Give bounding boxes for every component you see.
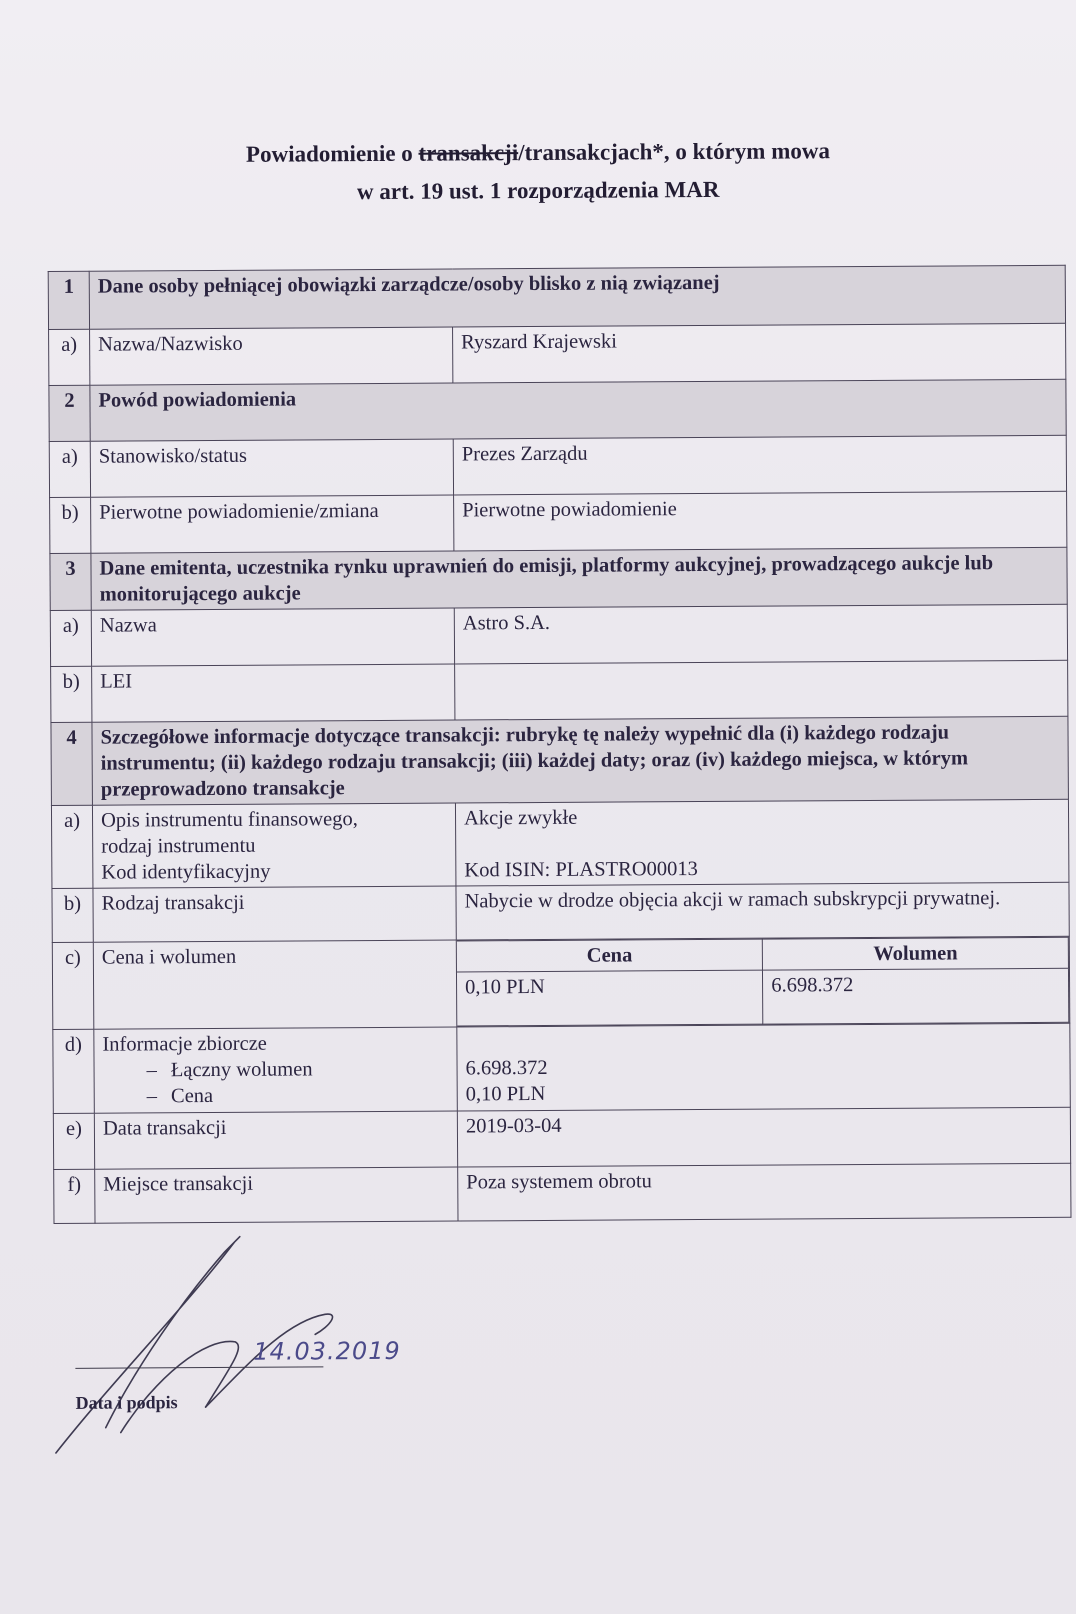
row-value-transaction-venue: Poza systemem obrotu <box>458 1163 1071 1221</box>
aggregate-price-value: 0,10 PLN <box>466 1078 1062 1108</box>
aggregate-item-label: Łączny wolumen <box>171 1056 313 1083</box>
isin-code: Kod ISIN: PLASTRO00013 <box>464 854 1060 884</box>
row-label: Nazwa/Nazwisko <box>90 327 453 385</box>
form-row-price-volume: c) Cena i wolumen Cena Wolumen 0,10 PLN … <box>52 936 1070 1029</box>
price-volume-table: Cena Wolumen 0,10 PLN 6.698.372 <box>457 937 1070 1027</box>
price-volume-header: Cena Wolumen <box>457 937 1069 972</box>
form-row: a) Nazwa/Nazwisko Ryszard Krajewski <box>49 323 1066 385</box>
title-line-1: Powiadomienie o transakcji/transakcjach*… <box>168 132 908 175</box>
row-value-notification-type: Pierwotne powiadomienie <box>454 491 1067 551</box>
row-key: d) <box>53 1029 95 1113</box>
section-1-header: 1 Dane osoby pełniącej obowiązki zarządc… <box>48 265 1065 329</box>
row-value-transaction-date: 2019-03-04 <box>457 1107 1070 1167</box>
form-row: b) Rodzaj transakcji Nabycie w drodze ob… <box>52 882 1069 942</box>
volume-value: 6.698.372 <box>763 968 1069 1024</box>
title-struck-word: transakcji <box>418 140 518 166</box>
row-key: b) <box>52 888 93 942</box>
row-label: Nazwa <box>91 608 454 666</box>
section-3-header: 3 Dane emitenta, uczestnika rynku uprawn… <box>50 547 1067 610</box>
row-key: a) <box>50 610 91 666</box>
row-label: Stanowisko/status <box>90 439 453 497</box>
section-4-header: 4 Szczegółowe informacje dotyczące trans… <box>51 716 1068 805</box>
row-value-instrument: Akcje zwykłe Kod ISIN: PLASTRO00013 <box>455 799 1068 886</box>
form-row-instrument: a) Opis instrumentu finansowego, rodzaj … <box>51 799 1068 888</box>
row-key: a) <box>49 329 90 385</box>
row-value-position: Prezes Zarządu <box>453 435 1066 495</box>
form-row: a) Nazwa Astro S.A. <box>50 604 1067 666</box>
notification-form-table: 1 Dane osoby pełniącej obowiązki zarządc… <box>48 265 1072 1224</box>
title-suffix: /transakcjach*, o którym mowa <box>518 138 830 165</box>
row-value-name: Ryszard Krajewski <box>453 323 1066 383</box>
row-value-issuer-name: Astro S.A. <box>454 604 1067 664</box>
form-row: e) Data transakcji 2019-03-04 <box>53 1107 1070 1169</box>
row-key: f) <box>54 1169 95 1223</box>
row-key: b) <box>50 497 91 553</box>
title-line-2: w art. 19 ust. 1 rozporządzenia MAR <box>168 170 908 213</box>
section-number: 1 <box>48 271 89 329</box>
form-row: b) Pierwotne powiadomienie/zmiana Pierwo… <box>50 491 1067 553</box>
form-row: a) Stanowisko/status Prezes Zarządu <box>49 435 1066 497</box>
price-volume-cell: Cena Wolumen 0,10 PLN 6.698.372 <box>456 936 1070 1027</box>
row-key: a) <box>51 805 93 888</box>
row-label: Cena i wolumen <box>93 940 457 1029</box>
row-label: Miejsce transakcji <box>95 1167 458 1223</box>
row-label: Pierwotne powiadomienie/zmiana <box>91 495 454 553</box>
section-title: Dane emitenta, uczestnika rynku uprawnie… <box>91 547 1067 610</box>
section-number: 2 <box>49 385 90 441</box>
row-value-lei <box>455 660 1068 720</box>
row-key: c) <box>52 942 94 1029</box>
instrument-type: Akcje zwykłe <box>464 802 1060 832</box>
header-volume: Wolumen <box>763 937 1069 970</box>
form-row: b) LEI <box>51 660 1068 722</box>
title-prefix: Powiadomienie o <box>246 141 419 167</box>
dash-bullet: – <box>147 1083 157 1109</box>
aggregate-item: – Łączny wolumen <box>102 1056 448 1084</box>
price-volume-row: 0,10 PLN 6.698.372 <box>457 968 1069 1026</box>
section-title: Dane osoby pełniącej obowiązki zarządcze… <box>89 265 1065 329</box>
aggregate-item: – Cena <box>103 1082 449 1110</box>
section-number: 3 <box>50 553 91 610</box>
row-value-aggregate: 6.698.372 0,10 PLN <box>457 1023 1071 1111</box>
row-key: a) <box>49 441 90 497</box>
label-line: Kod identyfikacyjny <box>101 858 447 886</box>
label-line: Opis instrumentu finansowego, <box>101 806 447 834</box>
aggregate-volume-value: 6.698.372 <box>465 1052 1061 1082</box>
handwritten-date: 14.03.2019 <box>253 1337 401 1366</box>
header-price: Cena <box>457 939 763 972</box>
form-row-aggregate: d) Informacje zbiorcze – Łączny wolumen … <box>53 1023 1070 1113</box>
row-value-transaction-type: Nabycie w drodze objęcia akcji w ramach … <box>456 882 1069 940</box>
form-row: f) Miejsce transakcji Poza systemem obro… <box>54 1163 1071 1223</box>
dash-bullet: – <box>146 1057 156 1083</box>
row-label: Data transakcji <box>94 1111 457 1169</box>
row-label: Opis instrumentu finansowego, rodzaj ins… <box>92 803 456 888</box>
row-label: LEI <box>92 664 455 722</box>
row-key: e) <box>53 1113 94 1169</box>
section-title: Szczegółowe informacje dotyczące transak… <box>92 716 1068 805</box>
row-label: Rodzaj transakcji <box>93 886 456 942</box>
label-line: rodzaj instrumentu <box>101 832 447 860</box>
document-title: Powiadomienie o transakcji/transakcjach*… <box>168 132 908 213</box>
price-value: 0,10 PLN <box>457 970 763 1026</box>
document-page: Powiadomienie o transakcji/transakcjach*… <box>0 0 1076 1614</box>
row-key: b) <box>51 666 92 722</box>
signature-label: Data i podpis <box>76 1392 178 1414</box>
aggregate-item-label: Cena <box>171 1083 213 1109</box>
row-label: Informacje zbiorcze – Łączny wolumen – C… <box>94 1027 458 1113</box>
section-number: 4 <box>51 722 93 805</box>
section-2-header: 2 Powód powiadomienia <box>49 379 1066 441</box>
aggregate-label: Informacje zbiorcze <box>102 1030 448 1058</box>
section-title: Powód powiadomienia <box>90 379 1066 441</box>
